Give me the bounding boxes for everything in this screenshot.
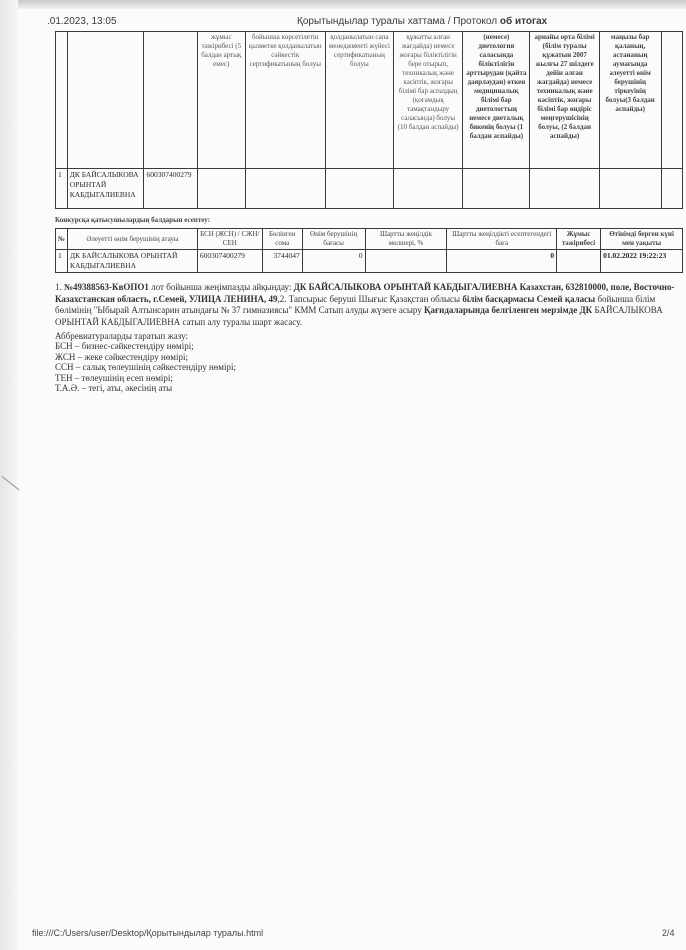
scoring-header-name: Әлеуетті өнім берушінің атауы (68, 229, 198, 250)
criteria-header-extra (661, 32, 682, 169)
document-title: Қорытындылар туралы хаттама / Протокол о… (297, 16, 547, 27)
title-bold: об итогах (500, 16, 547, 27)
result-prefix: 1. (55, 282, 64, 292)
scoring-header-row: № Әлеуетті өнім берушінің атауы БСН (ЖСН… (56, 229, 683, 250)
cell-submitted: 01.02.2022 19:22:23 (601, 250, 683, 273)
scoring-header-bin: БСН (ЖСН) / СЖН/ СЕН (197, 229, 262, 250)
lot-number: №49388563-КвОПО1 (64, 282, 149, 292)
scoring-header-discounted-price: Шартты жеңілдікті есептегендегі баға (447, 229, 557, 250)
cell-empty (661, 169, 682, 209)
result-paragraph: 1. №49388563-КвОПО1 лот бойынша жеңімпаз… (55, 282, 685, 328)
scan-edge (0, 0, 18, 950)
cell-price: 0 (302, 250, 365, 273)
abbreviation-item: ТЕН – төлеушінің есеп нөмірі; (55, 373, 236, 383)
abbreviations: Аббревиатураларды таратып жазу: БСН – би… (55, 331, 236, 393)
abbreviation-item: ССН – салық төлеушінің сәйкестендіру нөм… (55, 362, 236, 372)
cell-discounted-price: 0 (447, 250, 557, 273)
scoring-header-num: № (56, 229, 68, 250)
abbreviation-item: Т.А.Ә. – тегі, аты, әкесінің аты (55, 383, 236, 393)
scoring-header-amount: Бөлінген сома (262, 229, 302, 250)
result-text: лот бойынша жеңімпазды айқындау: (149, 282, 294, 292)
cell-empty (245, 169, 325, 209)
scan-shadow (0, 0, 686, 9)
criteria-header-bin (144, 32, 197, 169)
abbreviations-title: Аббревиатураларды таратып жазу: (55, 331, 236, 341)
table-row: 1 ДК БАЙСАЛЫКОВА ОРЫНТАЙ КАБДЫГАЛИЕВНА 6… (56, 169, 683, 209)
result-bold: білім басқармасы Семей қаласы (462, 294, 595, 304)
cell-empty (325, 169, 393, 209)
result-bold: Қағидаларында белгіленген мерзімде ДК (424, 305, 592, 315)
criteria-header-dietitian: (немесе) диетология саласында біліктіліг… (463, 32, 530, 169)
cell-empty (599, 169, 661, 209)
cell-name: ДК БАЙСАЛЫКОВА ОРЫНТАЙ КАБДЫГАЛИЕВНА (68, 250, 198, 273)
cell-num: 1 (56, 250, 68, 273)
cell-num: 1 (56, 169, 68, 209)
criteria-table: жұмыс тәжірибесі (5 балдан артық емес) б… (55, 31, 683, 209)
result-text: ,2. Тапсырыс берушi Шығыс Қазақстан облы… (277, 294, 462, 304)
cell-name: ДК БАЙСАЛЫКОВА ОРЫНТАЙ КАБДЫГАЛИЕВНА (67, 169, 144, 209)
scoring-header-submitted: Өтінімді берген күні мен уақыты (601, 229, 683, 250)
page-number: 2/4 (662, 928, 675, 938)
cell-empty (393, 169, 462, 209)
cell-empty (197, 169, 245, 209)
criteria-header-name (67, 32, 144, 169)
criteria-header-registration: маңызы бар қаланың, астананың аумағында … (599, 32, 661, 169)
criteria-header-quality-cert: қолданылатын сапа менеджменті жүйесі сер… (325, 32, 393, 169)
scoring-header-price: Өнім берушінің бағасы (302, 229, 365, 250)
cell-experience (557, 250, 601, 273)
cell-empty (530, 169, 599, 209)
abbreviation-item: БСН – бизнес-сәйкестендіру нөмірі; (55, 341, 236, 351)
scoring-section-title: Конкурсқа қатысушылардың балдарын есепте… (55, 216, 210, 224)
footer-url: file:///C:/Users/user/Desktop/Қорытындыл… (32, 928, 263, 938)
cell-bin: 600307400279 (197, 250, 262, 273)
title-regular: Қорытындылар туралы хаттама / Протокол (297, 16, 500, 27)
criteria-header-cook: құжатты алған жағдайда) немесе жоғары бі… (393, 32, 462, 169)
abbreviation-item: ЖСН – жеке сәйкестендіру нөмірі; (55, 352, 236, 362)
table-row: 1 ДК БАЙСАЛЫКОВА ОРЫНТАЙ КАБДЫГАЛИЕВНА 6… (56, 250, 683, 273)
criteria-header-conformity-cert: бойынша көрсетілетін қызметке қолданылат… (245, 32, 325, 169)
criteria-header-row: жұмыс тәжірибесі (5 балдан артық емес) б… (56, 32, 683, 169)
cell-discount (365, 250, 447, 273)
cell-empty (463, 169, 530, 209)
scoring-header-discount: Шартты жеңілдік мөлшері, % (365, 229, 447, 250)
criteria-header-manager: арнайы орта білімі (білім туралы құжатын… (530, 32, 599, 169)
scoring-header-experience: Жұмыс тәжірибесі (557, 229, 601, 250)
cell-amount: 3744047 (262, 250, 302, 273)
print-datetime: .01.2023, 13:05 (47, 16, 117, 27)
scoring-table: № Әлеуетті өнім берушінің атауы БСН (ЖСН… (55, 228, 683, 273)
criteria-header-experience: жұмыс тәжірибесі (5 балдан артық емес) (197, 32, 245, 169)
cell-bin: 600307400279 (144, 169, 197, 209)
criteria-header-num (56, 32, 68, 169)
